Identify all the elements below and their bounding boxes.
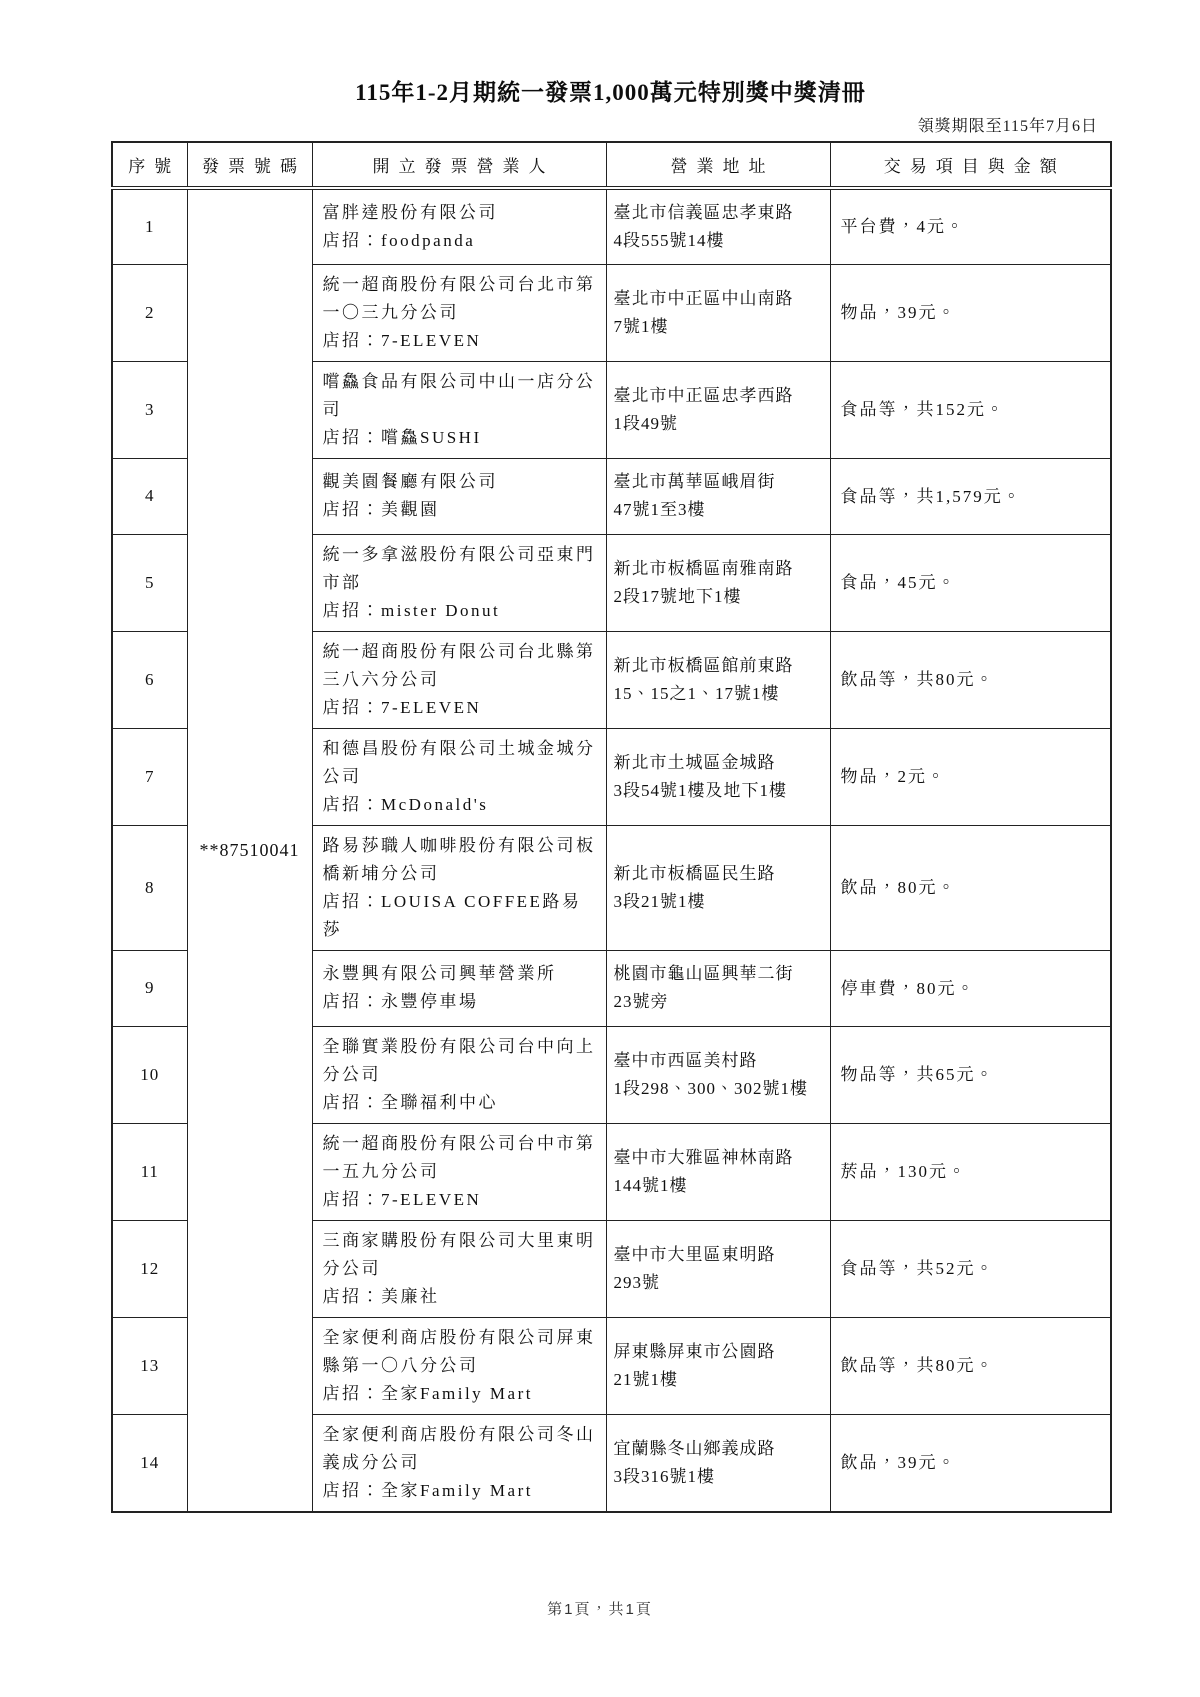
serial-number: 5 (145, 573, 155, 592)
table-row: 1 **87510041 富胖達股份有限公司 店招：foodpanda 臺北市信… (112, 188, 1111, 264)
serial-cell: 9 (112, 950, 187, 1026)
serial-cell: 13 (112, 1317, 187, 1414)
col-header-business: 開立發票營業人 (312, 142, 606, 188)
amount-cell: 飲品，39元。 (830, 1414, 1111, 1512)
serial-cell: 10 (112, 1026, 187, 1123)
amount-cell: 食品，45元。 (830, 534, 1111, 631)
serial-cell: 7 (112, 728, 187, 825)
business-cell: 和德昌股份有限公司土城金城分公司 店招：McDonald's (312, 728, 606, 825)
address-cell: 臺北市中正區中山南路 7號1樓 (606, 264, 830, 361)
address-cell: 臺北市萬華區峨眉街 47號1至3樓 (606, 458, 830, 534)
business-name: 全聯實業股份有限公司台中向上分公司 (323, 1033, 600, 1089)
business-cell: 三商家購股份有限公司大里東明分公司 店招：美廉社 (312, 1220, 606, 1317)
store-sign: 店招：美廉社 (323, 1283, 600, 1311)
serial-number: 1 (145, 217, 155, 236)
amount-cell: 飲品等，共80元。 (830, 1317, 1111, 1414)
serial-number: 4 (145, 486, 155, 505)
serial-cell: 6 (112, 631, 187, 728)
winners-table: 序號 發票號碼 開立發票營業人 營業地址 交易項目與金額 1 **8751004… (111, 141, 1112, 1513)
business-name: 統一超商股份有限公司台北縣第三八六分公司 (323, 638, 600, 694)
business-cell: 富胖達股份有限公司 店招：foodpanda (312, 188, 606, 264)
col-header-serial: 序號 (112, 142, 187, 188)
business-cell: 全聯實業股份有限公司台中向上分公司 店招：全聯福利中心 (312, 1026, 606, 1123)
store-sign: 店招：嚐鱻SUSHI (323, 424, 600, 452)
serial-cell: 8 (112, 825, 187, 950)
business-cell: 永豐興有限公司興華營業所 店招：永豐停車場 (312, 950, 606, 1026)
business-cell: 路易莎職人咖啡股份有限公司板橋新埔分公司 店招：LOUISA COFFEE路易莎 (312, 825, 606, 950)
amount-cell: 食品等，共52元。 (830, 1220, 1111, 1317)
business-cell: 統一多拿滋股份有限公司亞東門市部 店招：mister Donut (312, 534, 606, 631)
amount-cell: 停車費，80元。 (830, 950, 1111, 1026)
business-name: 富胖達股份有限公司 (323, 199, 600, 227)
store-sign: 店招：全家Family Mart (323, 1380, 600, 1408)
serial-number: 9 (145, 978, 155, 997)
serial-number: 12 (140, 1259, 159, 1278)
serial-number: 8 (145, 878, 155, 897)
serial-number: 13 (140, 1356, 159, 1375)
business-name: 和德昌股份有限公司土城金城分公司 (323, 735, 600, 791)
serial-cell: 3 (112, 361, 187, 458)
serial-cell: 2 (112, 264, 187, 361)
amount-cell: 食品等，共1,579元。 (830, 458, 1111, 534)
store-sign: 店招：全聯福利中心 (323, 1089, 600, 1117)
address-cell: 臺北市中正區忠孝西路 1段49號 (606, 361, 830, 458)
serial-cell: 5 (112, 534, 187, 631)
store-sign: 店招：永豐停車場 (323, 988, 600, 1016)
page-number-footer: 第1頁，共1頁 (0, 1598, 1200, 1619)
table-header-row: 序號 發票號碼 開立發票營業人 營業地址 交易項目與金額 (112, 142, 1111, 188)
amount-cell: 菸品，130元。 (830, 1123, 1111, 1220)
business-cell: 統一超商股份有限公司台北市第一〇三九分公司 店招：7-ELEVEN (312, 264, 606, 361)
serial-number: 3 (145, 400, 155, 419)
address-cell: 新北市板橋區民生路 3段21號1樓 (606, 825, 830, 950)
business-name: 嚐鱻食品有限公司中山一店分公司 (323, 368, 600, 424)
amount-cell: 飲品，80元。 (830, 825, 1111, 950)
amount-cell: 飲品等，共80元。 (830, 631, 1111, 728)
serial-number: 2 (145, 303, 155, 322)
address-cell: 新北市板橋區南雅南路 2段17號地下1樓 (606, 534, 830, 631)
business-name: 觀美園餐廳有限公司 (323, 468, 600, 496)
address-cell: 新北市土城區金城路 3段54號1樓及地下1樓 (606, 728, 830, 825)
address-cell: 臺中市西區美村路 1段298、300、302號1樓 (606, 1026, 830, 1123)
business-name: 三商家購股份有限公司大里東明分公司 (323, 1227, 600, 1283)
address-cell: 新北市板橋區館前東路 15、15之1、17號1樓 (606, 631, 830, 728)
business-name: 統一超商股份有限公司台北市第一〇三九分公司 (323, 271, 600, 327)
amount-cell: 平台費，4元。 (830, 188, 1111, 264)
serial-cell: 4 (112, 458, 187, 534)
business-name: 路易莎職人咖啡股份有限公司板橋新埔分公司 (323, 832, 600, 888)
address-cell: 臺中市大雅區神林南路 144號1樓 (606, 1123, 830, 1220)
store-sign: 店招：foodpanda (323, 227, 600, 255)
table-body: 1 **87510041 富胖達股份有限公司 店招：foodpanda 臺北市信… (112, 188, 1111, 1512)
address-cell: 宜蘭縣冬山鄉義成路 3段316號1樓 (606, 1414, 830, 1512)
store-sign: 店招：7-ELEVEN (323, 1186, 600, 1214)
serial-cell: 11 (112, 1123, 187, 1220)
address-cell: 臺中市大里區東明路 293號 (606, 1220, 830, 1317)
business-name: 全家便利商店股份有限公司冬山義成分公司 (323, 1421, 600, 1477)
serial-cell: 14 (112, 1414, 187, 1512)
page-title: 115年1-2月期統一發票1,000萬元特別獎中獎清冊 (111, 74, 1110, 107)
business-name: 統一多拿滋股份有限公司亞東門市部 (323, 541, 600, 597)
amount-cell: 物品等，共65元。 (830, 1026, 1111, 1123)
serial-number: 14 (140, 1453, 159, 1472)
serial-number: 11 (141, 1162, 159, 1181)
business-cell: 觀美園餐廳有限公司 店招：美觀園 (312, 458, 606, 534)
store-sign: 店招：mister Donut (323, 597, 600, 625)
store-sign: 店招：McDonald's (323, 791, 600, 819)
store-sign: 店招：7-ELEVEN (323, 694, 600, 722)
store-sign: 店招：7-ELEVEN (323, 327, 600, 355)
document-content: 115年1-2月期統一發票1,000萬元特別獎中獎清冊 領獎期限至115年7月6… (111, 0, 1110, 1513)
address-cell: 屏東縣屏東市公園路 21號1樓 (606, 1317, 830, 1414)
business-cell: 統一超商股份有限公司台北縣第三八六分公司 店招：7-ELEVEN (312, 631, 606, 728)
store-sign: 店招：全家Family Mart (323, 1477, 600, 1505)
serial-cell: 1 (112, 188, 187, 264)
business-cell: 全家便利商店股份有限公司冬山義成分公司 店招：全家Family Mart (312, 1414, 606, 1512)
address-cell: 臺北市信義區忠孝東路 4段555號14樓 (606, 188, 830, 264)
store-sign: 店招：美觀園 (323, 496, 600, 524)
business-cell: 統一超商股份有限公司台中市第一五九分公司 店招：7-ELEVEN (312, 1123, 606, 1220)
col-header-transaction: 交易項目與金額 (830, 142, 1111, 188)
col-header-invoice: 發票號碼 (187, 142, 312, 188)
business-cell: 嚐鱻食品有限公司中山一店分公司 店招：嚐鱻SUSHI (312, 361, 606, 458)
business-cell: 全家便利商店股份有限公司屏東縣第一〇八分公司 店招：全家Family Mart (312, 1317, 606, 1414)
amount-cell: 物品，2元。 (830, 728, 1111, 825)
business-name: 全家便利商店股份有限公司屏東縣第一〇八分公司 (323, 1324, 600, 1380)
serial-number: 10 (140, 1065, 159, 1084)
business-name: 統一超商股份有限公司台中市第一五九分公司 (323, 1130, 600, 1186)
business-name: 永豐興有限公司興華營業所 (323, 960, 600, 988)
claim-deadline-note: 領獎期限至115年7月6日 (111, 113, 1110, 136)
serial-cell: 12 (112, 1220, 187, 1317)
serial-number: 6 (145, 670, 155, 689)
amount-cell: 食品等，共152元。 (830, 361, 1111, 458)
serial-number: 7 (145, 767, 155, 786)
address-cell: 桃園市龜山區興華二街 23號旁 (606, 950, 830, 1026)
invoice-number-cell: **87510041 (187, 188, 312, 1512)
col-header-address: 營業地址 (606, 142, 830, 188)
store-sign: 店招：LOUISA COFFEE路易莎 (323, 888, 600, 944)
document-page: 115年1-2月期統一發票1,000萬元特別獎中獎清冊 領獎期限至115年7月6… (0, 0, 1200, 1697)
amount-cell: 物品，39元。 (830, 264, 1111, 361)
